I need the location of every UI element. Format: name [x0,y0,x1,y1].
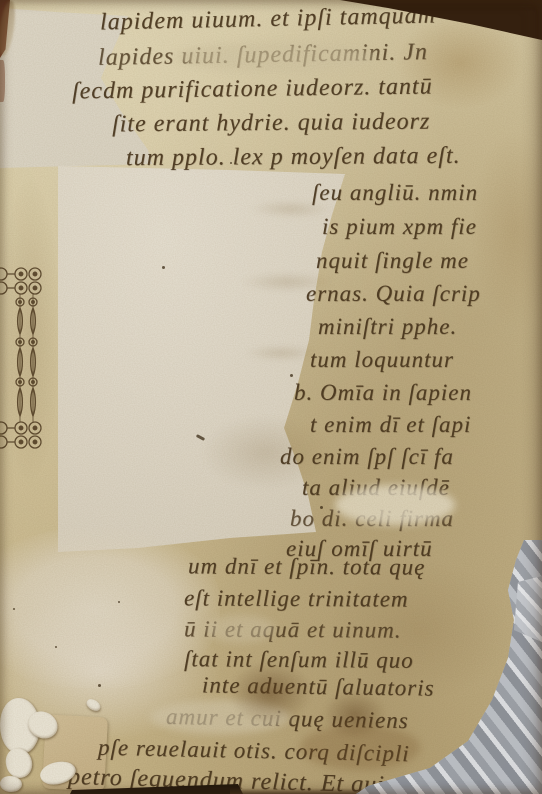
manuscript-text-line: pſe reuelauit otis. corq diſcipli [98,735,410,768]
manuscript-text-line: eſt intellige trinitatem [184,585,409,612]
ink-speck [290,374,293,377]
manuscript-text-line: ta aliud eiuſdē [302,475,450,501]
manuscript-text-line: ū ii et aquā et uinum. [184,616,402,643]
ink-speck [230,162,232,164]
rosette-chain-ornament [0,258,44,458]
manuscript-text-line: miniſtri pphe. [318,314,457,340]
binding-edge-sliver [0,60,5,102]
ink-speck [98,684,101,687]
manuscript-text-line: amur et cui quę ueniens [166,704,409,734]
page-bottom-shadow [230,788,370,794]
ghost-text-smudge [244,345,319,361]
manuscript-text-line: tum pplo. lex p moyſen data eſt. [126,143,461,171]
white-accretion [0,776,22,792]
ink-speck [55,646,57,648]
manuscript-text-line: ſite erant hydrie. quia iudeorz [112,109,431,138]
manuscript-text-line: nquit ſingle me [316,248,469,274]
ink-speck [118,601,120,603]
manuscript-text-line: tum loquuntur [310,347,454,373]
manuscript-text-line: inte aduentū ſaluatoris [202,672,435,701]
manuscript-text-line: b. Omīa in ſapien [294,380,472,406]
ink-speck [13,608,15,610]
manuscript-text-line: um dnī et ſpīn. tota quę [188,553,426,580]
manuscript-text-line: t enim dī et ſapi [310,412,471,438]
manuscript-text-line: ſtat int ſenſum illū quo [184,646,414,674]
manuscript-text-line: ernas. Quia ſcrip [306,281,481,307]
manuscript-text-line: ſeu angliū. nmin [312,180,478,206]
manuscript-text-line: bo di. celi firma [290,506,454,532]
ink-speck [162,266,165,269]
manuscript-text-line: do enim ſpſ ſcī fa [280,444,454,470]
manuscript-text-line: ſecdm purificatione iudeorz. tantū [72,73,433,104]
white-accretion [4,746,35,780]
manuscript-text-line: is pium xpm fie [322,214,477,240]
ink-speck [320,506,323,509]
manuscript-text-line: lapides uiui. ſupedificamini. Jn [98,39,428,71]
manuscript-photo: lapidem uiuum. et ipſi tamquam lapides u… [0,0,542,794]
